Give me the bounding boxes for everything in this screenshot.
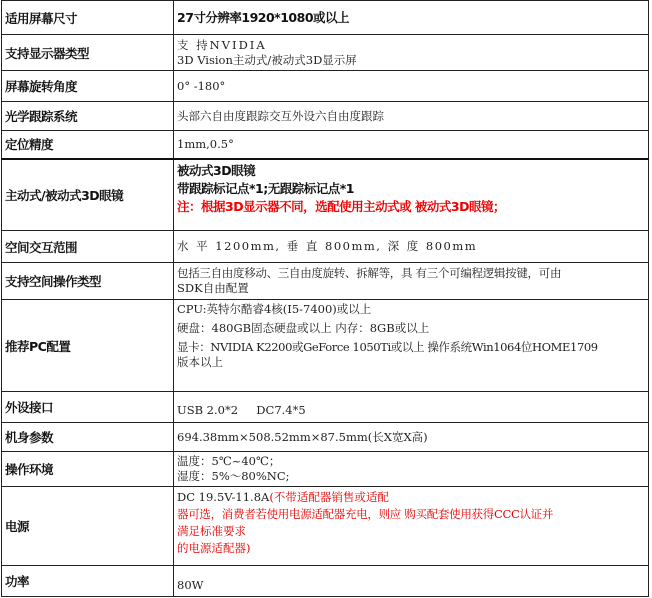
row-label-pc-config: 推荐PC配置 (2, 300, 174, 392)
value-line: DC 19.5V-11.8A(不带适配器销售或适配 (177, 489, 645, 506)
row-value-environment: 温度：5℃~40℃； 湿度：5%～80%NC; (174, 452, 649, 487)
row-label-precision: 定位精度 (2, 131, 174, 159)
table-row: 功率 80W (2, 566, 649, 597)
value-line: 硬盘：480GB固态硬盘或以上 内存：8GB或以上 (177, 321, 645, 336)
row-value-power: 80W (174, 566, 649, 597)
row-label-interaction-range: 空间交互范围 (2, 231, 174, 263)
row-value-rotation: 0° -180° (174, 71, 649, 102)
value-line: 27寸分辨率1920*1080或以上 (177, 10, 645, 25)
table-row: 适用屏幕尺寸 27寸分辨率1920*1080或以上 (2, 1, 649, 35)
row-label-dimensions: 机身参数 (2, 423, 174, 452)
table-row: 光学跟踪系统 头部六自由度跟踪交互外设六自由度跟踪 (2, 102, 649, 131)
power-note: 器可选，消费者若使用电源适配器充电，则应 购买配套使用获得CCC认证并 (177, 506, 645, 523)
row-value-power-supply: DC 19.5V-11.8A(不带适配器销售或适配 器可选，消费者若使用电源适配… (174, 487, 649, 566)
row-value-interaction-range: 水 平 1200mm, 垂 直 800mm, 深 度 800mm (174, 231, 649, 263)
row-label-display-type: 支持显示器类型 (2, 35, 174, 71)
value-line: 1mm,0.5° (177, 137, 645, 152)
value-line: 湿度：5%～80%NC; (177, 469, 645, 484)
value-line: 版本以上 (177, 355, 645, 370)
value-line: 80W (177, 578, 645, 593)
table-row: 空间交互范围 水 平 1200mm, 垂 直 800mm, 深 度 800mm (2, 231, 649, 263)
value-line: 水 平 1200mm, 垂 直 800mm, 深 度 800mm (177, 239, 645, 254)
value-line: 带跟踪标记点*1;无跟踪标记点*1 (177, 181, 645, 196)
value-line: CPU:英特尔酷睿4核(I5-7400)或以上 (177, 302, 645, 317)
table-row: 屏幕旋转角度 0° -180° (2, 71, 649, 102)
row-label-ports: 外设接口 (2, 392, 174, 423)
value-line: USB 2.0*2 DC7.4*5 (177, 403, 645, 418)
value-line: 3D Vision主动式/被动式3D显示屏 (177, 53, 645, 68)
row-value-ports: USB 2.0*2 DC7.4*5 (174, 392, 649, 423)
power-note: 的电源适配器) (177, 540, 645, 557)
power-note: (不带适配器销售或适配 (269, 490, 389, 504)
row-value-precision: 1mm,0.5° (174, 131, 649, 159)
row-label-environment: 操作环境 (2, 452, 174, 487)
value-line: 头部六自由度跟踪交互外设六自由度跟踪 (177, 109, 645, 124)
table-row: 主动式/被动式3D眼镜 被动式3D眼镜 带跟踪标记点*1;无跟踪标记点*1 注：… (2, 159, 649, 231)
row-value-operation-types: 包括三自由度移动、三自由度旋转、拆解等，具 有三个可编程逻辑按键，可由 SDK自… (174, 263, 649, 300)
table-row: 定位精度 1mm,0.5° (2, 131, 649, 159)
row-value-glasses: 被动式3D眼镜 带跟踪标记点*1;无跟踪标记点*1 注：根据3D显示器不同，选配… (174, 159, 649, 231)
row-value-display-type: 支 持NVIDIA 3D Vision主动式/被动式3D显示屏 (174, 35, 649, 71)
row-label-screen-size: 适用屏幕尺寸 (2, 1, 174, 35)
table-row: 支持显示器类型 支 持NVIDIA 3D Vision主动式/被动式3D显示屏 (2, 35, 649, 71)
power-spec: DC 19.5V-11.8A (177, 490, 269, 504)
row-label-tracking: 光学跟踪系统 (2, 102, 174, 131)
value-line: 694.38mm×508.52mm×87.5mm(长X宽X高) (177, 430, 645, 445)
table-row: 推荐PC配置 CPU:英特尔酷睿4核(I5-7400)或以上 硬盘：480GB固… (2, 300, 649, 392)
glasses-note: 注：根据3D显示器不同，选配使用主动式或 被动式3D眼镜； (177, 199, 645, 214)
table-row: 电源 DC 19.5V-11.8A(不带适配器销售或适配 器可选，消费者若使用电… (2, 487, 649, 566)
value-line: 温度：5℃~40℃； (177, 454, 645, 469)
row-label-power: 功率 (2, 566, 174, 597)
value-line: 显卡：NVIDIA K2200或GeForce 1050Ti或以上 操作系统Wi… (177, 340, 645, 355)
row-value-screen-size: 27寸分辨率1920*1080或以上 (174, 1, 649, 35)
value-line: 0° -180° (177, 79, 645, 94)
row-value-dimensions: 694.38mm×508.52mm×87.5mm(长X宽X高) (174, 423, 649, 452)
table-row: 机身参数 694.38mm×508.52mm×87.5mm(长X宽X高) (2, 423, 649, 452)
row-label-power-supply: 电源 (2, 487, 174, 566)
value-line: 被动式3D眼镜 (177, 163, 645, 178)
power-note: 满足标准要求 (177, 523, 645, 540)
value-line: 支 持NVIDIA (177, 38, 645, 53)
row-label-operation-types: 支持空间操作类型 (2, 263, 174, 300)
value-line: SDK自由配置 (177, 281, 645, 296)
spec-table: 适用屏幕尺寸 27寸分辨率1920*1080或以上 支持显示器类型 支 持NVI… (1, 0, 649, 597)
row-value-pc-config: CPU:英特尔酷睿4核(I5-7400)或以上 硬盘：480GB固态硬盘或以上 … (174, 300, 649, 392)
row-value-tracking: 头部六自由度跟踪交互外设六自由度跟踪 (174, 102, 649, 131)
row-label-rotation: 屏幕旋转角度 (2, 71, 174, 102)
table-row: 外设接口 USB 2.0*2 DC7.4*5 (2, 392, 649, 423)
row-label-glasses: 主动式/被动式3D眼镜 (2, 159, 174, 231)
table-row: 操作环境 温度：5℃~40℃； 湿度：5%～80%NC; (2, 452, 649, 487)
value-line: 包括三自由度移动、三自由度旋转、拆解等，具 有三个可编程逻辑按键，可由 (177, 266, 645, 281)
table-row: 支持空间操作类型 包括三自由度移动、三自由度旋转、拆解等，具 有三个可编程逻辑按… (2, 263, 649, 300)
